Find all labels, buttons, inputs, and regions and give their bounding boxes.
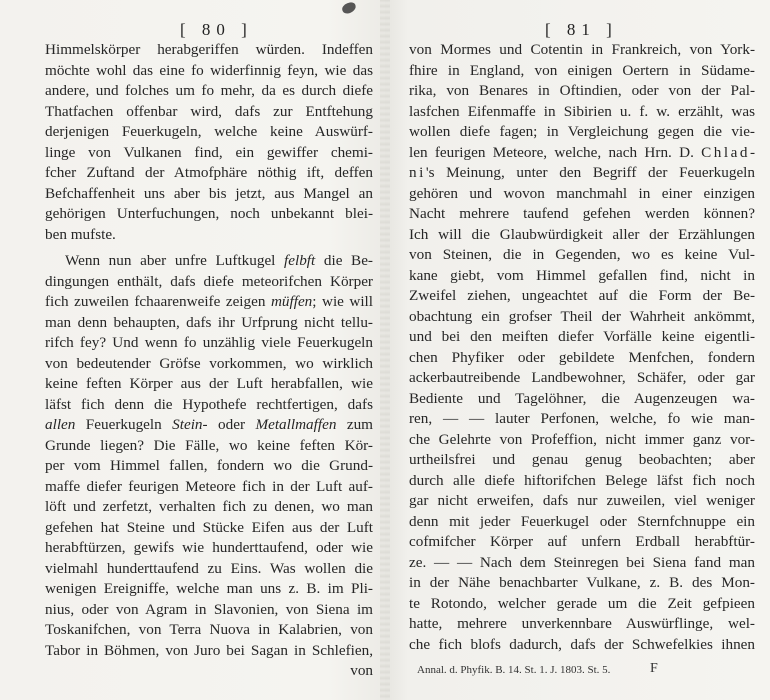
text-line: rifch fey? Und wenn fo unzählig viele Fe…: [45, 333, 373, 354]
text-line: Nacht mehrere taufend gefehen werden kön…: [409, 204, 755, 225]
text-line: von Steinen, die in Gegenden, wo es kein…: [409, 245, 755, 266]
text-line: man denn behaupten, dafs ihr Urfprung ni…: [45, 313, 373, 334]
text-line: che Gelehrte von Profeffion, nicht immer…: [409, 430, 755, 451]
text-line: linge von Vulkanen find, ein gewiffer ch…: [45, 143, 373, 164]
text-line: gefehen hat Steine und Stücke Eifen aus …: [45, 518, 373, 539]
text-line: kane giebt, vom Himmel gefallen find, ni…: [409, 266, 755, 287]
book-spread: [ 80 ] Himmelskörper herabgeriffen würde…: [0, 0, 770, 700]
text-line: Bediente und Tagelöhner, die Augenzeugen…: [409, 389, 755, 410]
text-line: len feurigen Meteore, welche, nach Hrn. …: [409, 143, 755, 164]
text-line: hatte, mehrere unverkennbare Auswürfling…: [409, 614, 755, 635]
text-line: denn mit jeder Feuerkugel oder Sternfchn…: [409, 512, 755, 533]
page-number-right: [ 81 ]: [545, 20, 618, 40]
page-number-left: [ 80 ]: [180, 20, 253, 40]
footer-citation: Annal. d. Phyfik. B. 14. St. 1. J. 1803.…: [417, 664, 610, 676]
text-line: von bedeutender Gröfse vorkommen, wo wir…: [45, 354, 373, 375]
text-line: wollen diefe fagen; in Vergleichung gege…: [409, 122, 755, 143]
text-line: vielmahl hunderttaufend zu Eins. Was wol…: [45, 559, 373, 580]
text-line: Thatfachen offenbar wird, dafs zur Entft…: [45, 102, 373, 123]
text-line: rika, von Benares in Oftindien, oder von…: [409, 81, 755, 102]
text-line: obachtung ein grofser Theil der Wahrheit…: [409, 307, 755, 328]
text-line: gar nicht erweifen, dafs nur zuweilen, v…: [409, 491, 755, 512]
text-line: ren, — — lauter Perfonen, welche, fo wie…: [409, 409, 755, 430]
text-line: wenigen Ereigniffe, welche man uns z. B.…: [45, 579, 373, 600]
text-line: Tabor in Böhmen, von Juro bei Sagan in S…: [45, 641, 373, 662]
text-line: Befchaffenheit uns aber bis jetzt, aus M…: [45, 184, 373, 205]
text-line: andere, und folches um fo mehr, da es du…: [45, 81, 373, 102]
signature-mark: F: [650, 661, 658, 677]
text-line: fcher Zuftand der Atmofphäre nöthig ift,…: [45, 163, 373, 184]
text-line: von: [45, 661, 373, 682]
text-line: urtheilsfrei und genau genug beobachten;…: [409, 450, 755, 471]
text-line: ackerbautreibende Landbewohner, Schäfer,…: [409, 368, 755, 389]
text-line: Himmelskörper herabgeriffen würden. Inde…: [45, 40, 373, 61]
text-line: gehörigen Unterfuchungen, noch unbekannt…: [45, 204, 373, 225]
text-line: Zweifel ziehen, ungeachtet auf die Form …: [409, 286, 755, 307]
text-line: dingungen enthält, dafs diefe meteorifch…: [45, 272, 373, 293]
right-page-text: von Mormes und Cotentin in Frankreich, v…: [409, 40, 755, 655]
text-line: Ich will die Glaubwürdigkeit aller der E…: [409, 225, 755, 246]
text-line: cofmifcher Körper auf unfern Erdball her…: [409, 532, 755, 553]
text-line: keine feften Körper aus der Luft herabfa…: [45, 374, 373, 395]
text-line: chen Phyfiker oder gebildete Menfchen, f…: [409, 348, 755, 369]
text-line: che fich blofs dadurch, dafs der Schwefe…: [409, 635, 755, 656]
text-line: maffe diefer feurigen Meteore fich in de…: [45, 477, 373, 498]
text-line: löft und zerfetzt, verhalten fich zu den…: [45, 497, 373, 518]
text-line: fich zuweilen fchaarenweife zeigen müffe…: [45, 292, 373, 313]
text-line: fhire in England, von einigen Oertern in…: [409, 61, 755, 82]
left-page-text: Himmelskörper herabgeriffen würden. Inde…: [45, 40, 373, 682]
book-gutter: [380, 0, 390, 700]
text-line: Toskanifchen, von Terra Nuova in Kalabri…: [45, 620, 373, 641]
text-line: durch alle diefe hiftorifchen Belege läf…: [409, 471, 755, 492]
text-line: gehören und wovon manchmahl in einer ein…: [409, 184, 755, 205]
text-line: allen Feuerkugeln Stein- oder Metallmaff…: [45, 415, 373, 436]
text-line: lasfchen Eifenmaffe in Sibirien u. f. w.…: [409, 102, 755, 123]
text-line: möchte wohl das eine fo widerfinnig feyn…: [45, 61, 373, 82]
text-line: ni's Meinung, unter den Begriff der Feue…: [409, 163, 755, 184]
text-line: herabftürzen, gewifs wie hunderttaufend,…: [45, 538, 373, 559]
text-line: nius, oder von Agram in Slavonien, von S…: [45, 600, 373, 621]
text-line: per vom Himmel fallen, fondern wo die Gr…: [45, 456, 373, 477]
text-line: ze. — — Nach dem Steinregen bei Siena fa…: [409, 553, 755, 574]
text-line: te Rotondo, welcher gerade um die Zeit g…: [409, 594, 755, 615]
text-line: Grunde liegen? Die Fälle, wo keine fefte…: [45, 436, 373, 457]
right-page: [ 81 ] von Mormes und Cotentin in Frankr…: [385, 0, 770, 700]
text-line: in der Nähe benachbarter Vulkane, z. B. …: [409, 573, 755, 594]
text-line: derjenigen Feuerkugeln, welche keine Aus…: [45, 122, 373, 143]
text-line: ben mufste.: [45, 225, 373, 246]
text-line: und bei den meiften diefer Vorfälle kein…: [409, 327, 755, 348]
text-line: Wenn nun aber unfre Luftkugel felbft die…: [45, 251, 373, 272]
left-page: [ 80 ] Himmelskörper herabgeriffen würde…: [0, 0, 385, 700]
text-line: von Mormes und Cotentin in Frankreich, v…: [409, 40, 755, 61]
text-line: läfst fich denn die Hypothefe rechtferti…: [45, 395, 373, 416]
